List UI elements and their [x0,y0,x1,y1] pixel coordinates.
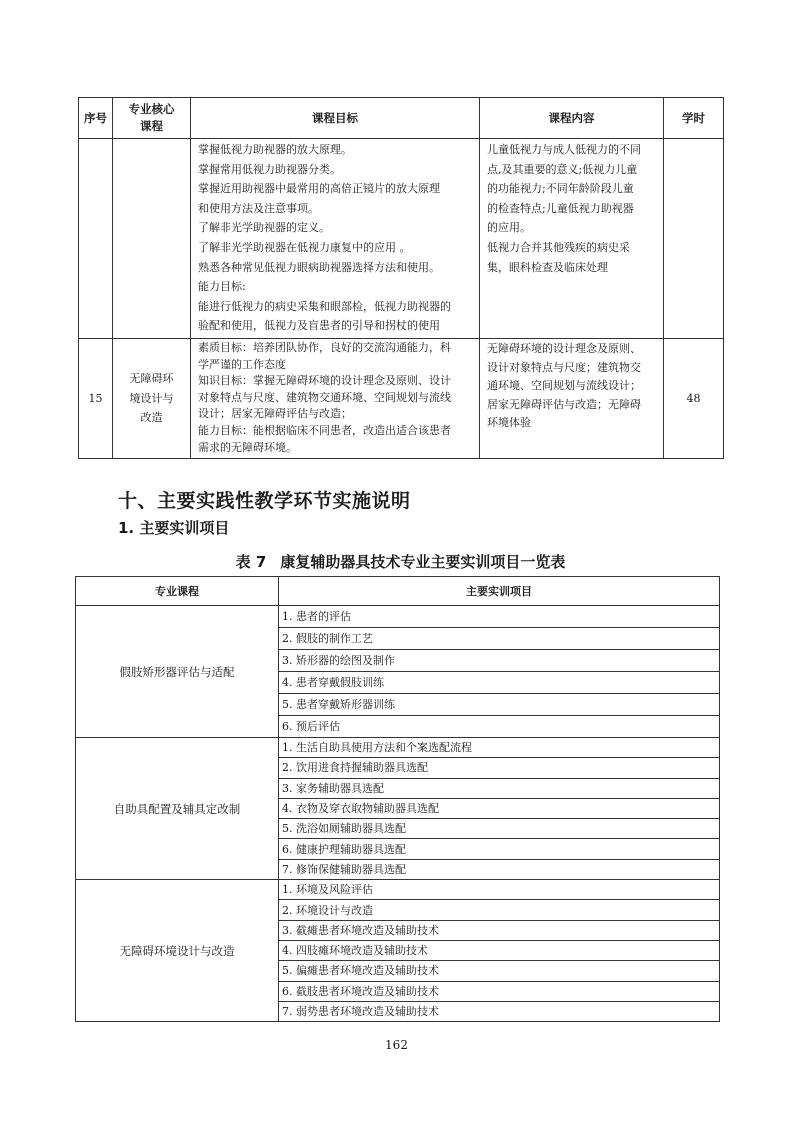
cell-content: 无障碍环境的设计理念及原则、 设计对象特点与尺度；建筑物交 通环境、空间规划与流… [480,339,664,459]
objective-line: 知识目标：掌握无障碍环境的设计理念及原则、设计 [198,373,473,390]
project-item: 3. 矫形器的绘图及制作 [279,650,720,672]
header-content: 课程内容 [480,98,664,139]
objective-line: 了解非光学助视器的定义。 [198,218,473,238]
table-caption-number: 表 7 [236,553,267,571]
header-hours: 学时 [664,98,724,139]
course-cell: 假肢矫形器评估与适配 [76,606,279,738]
content-line: 环境体验 [487,414,657,433]
cell-seq [79,139,113,339]
content-line: 的检查特点;儿童低视力助视器 [487,199,657,219]
header-objectives: 课程目标 [191,98,480,139]
project-item: 1. 环境及风险评估 [279,880,720,900]
table-caption-title: 康复辅助器具技术专业主要实训项目一览表 [280,553,565,571]
project-item: 6. 预后评估 [279,716,720,738]
content-line: 无障碍环境的设计理念及原则、 [487,340,657,359]
project-item: 1. 患者的评估 [279,606,720,628]
project-item: 7. 修饰保健辅助器具选配 [279,859,720,879]
objective-line: 设计；居家无障碍评估与改造； [198,406,473,423]
header-seq: 序号 [79,98,113,139]
table-header-row: 专业课程 主要实训项目 [76,577,720,606]
project-item: 4. 衣物及穿衣取物辅助器具选配 [279,798,720,818]
project-item: 7. 弱势患者环境改造及辅助技术 [279,1001,720,1021]
header-core-course-label: 专业核心课程 [126,101,178,135]
course-line: 改造 [113,408,190,428]
content-line: 儿童低视力与成人低视力的不同 [487,140,657,160]
objective-line: 掌握近用助视器中最常用的高倍正镜片的放大原理 [198,179,473,199]
table-row: 15 无障碍环 境设计与 改造 素质目标：培养团队协作，良好的交流沟通能力，科 … [79,339,724,459]
course-objectives-table: 序号 专业核心课程 课程目标 课程内容 学时 掌握低视力助视器的放大原理。 掌握… [78,97,724,459]
project-item: 5. 偏瘫患者环境改造及辅助技术 [279,961,720,981]
cell-hours [664,139,724,339]
project-item: 6. 截肢患者环境改造及辅助技术 [279,981,720,1001]
content-line: 的应用。 [487,218,657,238]
content-line: 集，眼科检查及临床处理 [487,258,657,278]
project-item: 3. 家务辅助器具选配 [279,778,720,798]
objective-line: 对象特点与尺度、建筑物交通环境、空间规划与流线 [198,390,473,407]
page-number: 162 [0,1038,793,1052]
sub-heading: 1. 主要实训项目 [118,517,229,538]
objective-line: 能进行低视力的病史采集和眼部检，低视力助视器的 [198,297,473,317]
project-item: 1. 生活自助具使用方法和个案选配流程 [279,738,720,758]
header-core-course: 专业核心课程 [113,98,191,139]
project-item: 3. 截瘫患者环境改造及辅助技术 [279,920,720,940]
project-item: 2. 假肢的制作工艺 [279,628,720,650]
content-line: 设计对象特点与尺度；建筑物交 [487,359,657,378]
table-row: 自助具配置及辅具定改制 1. 生活自助具使用方法和个案选配流程 [76,738,720,758]
project-item: 4. 患者穿戴假肢训练 [279,672,720,694]
course-line: 境设计与 [113,389,190,409]
header-course: 专业课程 [76,577,279,606]
cell-content: 儿童低视力与成人低视力的不同 点,及其重要的意义;低视力儿童 的功能视力;不同年… [480,139,664,339]
table-row: 掌握低视力助视器的放大原理。 掌握常用低视力助视器分类。 掌握近用助视器中最常用… [79,139,724,339]
content-line: 点,及其重要的意义;低视力儿童 [487,160,657,180]
cell-hours: 48 [664,339,724,459]
table-header-row: 序号 专业核心课程 课程目标 课程内容 学时 [79,98,724,139]
content-line: 通环境、空间规划与流线设计； [487,377,657,396]
project-item: 5. 洗浴如厕辅助器具选配 [279,819,720,839]
objective-line: 素质目标：培养团队协作，良好的交流沟通能力，科 [198,340,473,357]
objective-line: 需求的无障碍环境。 [198,440,473,457]
objective-line: 和使用方法及注意事项。 [198,199,473,219]
project-item: 4. 四肢瘫环境改造及辅助技术 [279,940,720,960]
project-item: 2. 饮用进食持握辅助器具选配 [279,758,720,778]
objective-line: 学严谨的工作态度 [198,357,473,374]
content-line: 低视力合并其他残疾的病史采 [487,238,657,258]
cell-course: 无障碍环 境设计与 改造 [113,339,191,459]
cell-course [113,139,191,339]
training-projects-table: 专业课程 主要实训项目 假肢矫形器评估与适配 1. 患者的评估 2. 假肢的制作… [75,576,720,1022]
cell-seq: 15 [79,339,113,459]
course-cell: 无障碍环境设计与改造 [76,880,279,1022]
cell-objectives: 素质目标：培养团队协作，良好的交流沟通能力，科 学严谨的工作态度 知识目标：掌握… [191,339,480,459]
objective-line: 能力目标：能根据临床不同患者，改造出适合该患者 [198,423,473,440]
project-item: 2. 环境设计与改造 [279,900,720,920]
table-caption: 表 7康复辅助器具技术专业主要实训项目一览表 [0,551,793,572]
content-line: 的功能视力;不同年龄阶段儿童 [487,179,657,199]
objective-line: 验配和使用，低视力及盲患者的引导和拐杖的使用 [198,316,473,336]
table-row: 假肢矫形器评估与适配 1. 患者的评估 [76,606,720,628]
objective-line: 掌握低视力助视器的放大原理。 [198,140,473,160]
project-item: 5. 患者穿戴矫形器训练 [279,694,720,716]
content-line: 居家无障碍评估与改造；无障碍 [487,396,657,415]
project-item: 6. 健康护理辅助器具选配 [279,839,720,859]
objective-line: 掌握常用低视力助视器分类。 [198,160,473,180]
section-heading: 十、主要实践性教学环节实施说明 [118,486,411,513]
objective-line: 熟悉各种常见低视力眼病助视器选择方法和使用。 [198,258,473,278]
table-row: 无障碍环境设计与改造 1. 环境及风险评估 [76,880,720,900]
header-projects: 主要实训项目 [279,577,720,606]
objective-line: 能力目标: [198,277,473,297]
course-cell: 自助具配置及辅具定改制 [76,738,279,880]
cell-objectives: 掌握低视力助视器的放大原理。 掌握常用低视力助视器分类。 掌握近用助视器中最常用… [191,139,480,339]
objective-line: 了解非光学助视器在低视力康复中的应用 。 [198,238,473,258]
course-line: 无障碍环 [113,369,190,389]
